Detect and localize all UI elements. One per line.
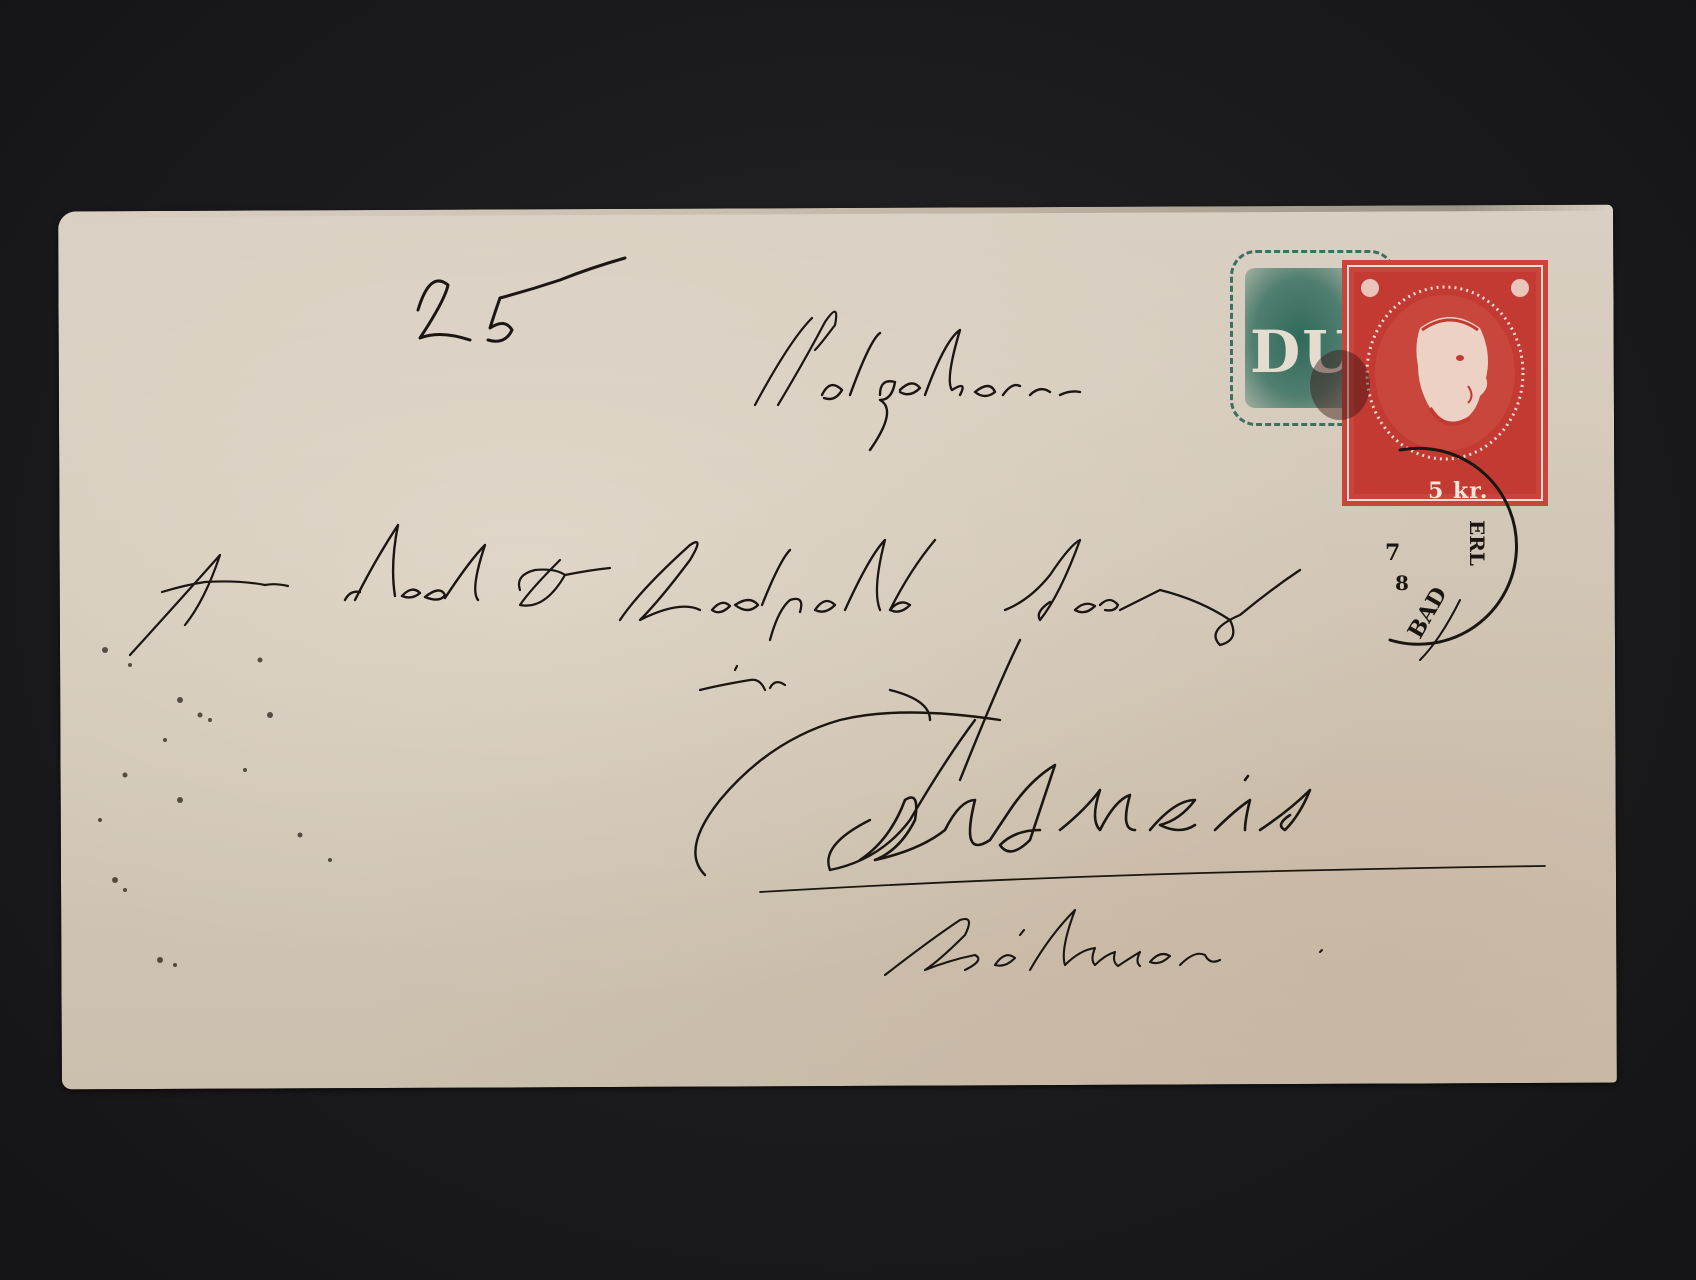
svg-text:8: 8 — [1395, 571, 1409, 595]
circular-postmark: BAD ERL 7 8 — [1385, 448, 1517, 660]
svg-text:ERL: ERL — [1465, 520, 1489, 566]
svg-text:7: 7 — [1385, 540, 1400, 566]
svg-text:BAD: BAD — [1403, 583, 1453, 643]
handwriting-ink: BAD ERL 7 8 — [0, 0, 1696, 1280]
